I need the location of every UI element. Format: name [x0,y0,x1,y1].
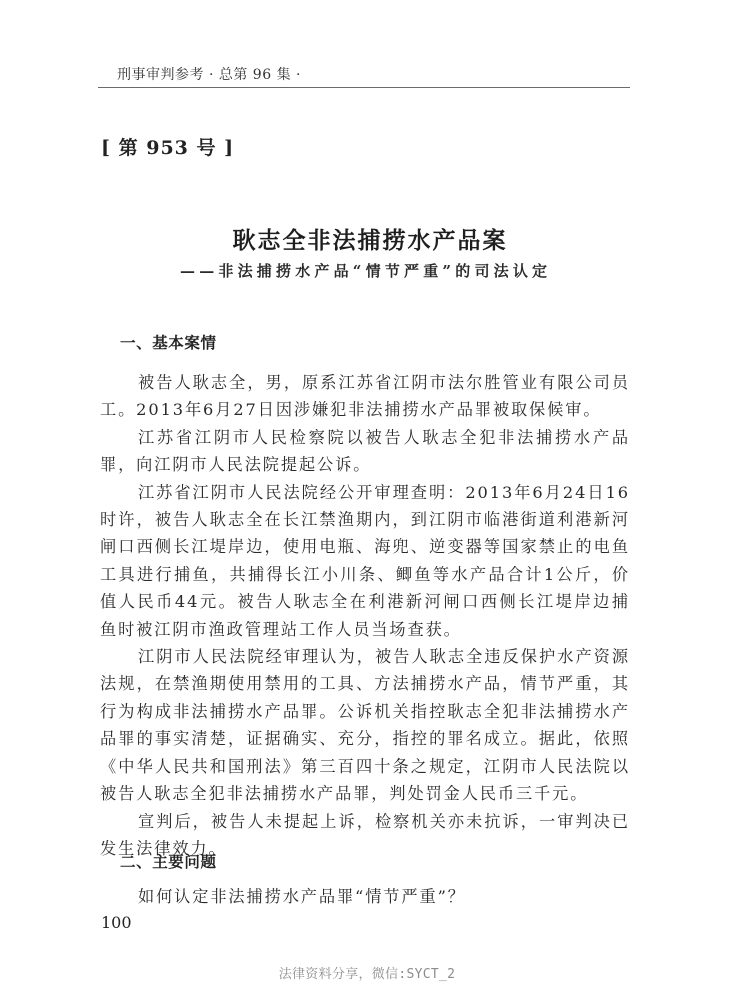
section-heading-basic-facts: 一、基本案情 [120,331,217,353]
watermark: 法律资料分享，微信:SYCT_2 [0,963,734,982]
paragraph: 江阴市人民法院经审理认为，被告人耿志全违反保护水产资源法规，在禁渔期使用禁用的工… [100,643,630,807]
case-number: [ 第 953 号 ] [101,133,234,160]
case-title: 耿志全非法捕捞水产品案 [0,222,734,255]
section-heading-main-issues: 二、主要问题 [120,850,217,872]
paragraph: 被告人耿志全，男，原系江苏省江阴市法尔胜管业有限公司员工。2013年6月27日因… [100,369,630,424]
page-number: 100 [101,913,132,932]
paragraph: 江苏省江阴市人民检察院以被告人耿志全犯非法捕捞水产品罪，向江阴市人民法院提起公诉… [100,424,630,479]
header-divider [98,87,630,88]
case-subtitle: ——非法捕捞水产品“情节严重”的司法认定 [180,260,551,281]
paragraph: 如何认定非法捕捞水产品罪“情节严重”？ [100,883,630,910]
section-body-basic-facts: 被告人耿志全，男，原系江苏省江阴市法尔胜管业有限公司员工。2013年6月27日因… [100,369,630,862]
running-header: 刑事审判参考 · 总第 96 集 · [117,64,301,84]
paragraph: 江苏省江阴市人民法院经公开审理查明：2013年6月24日16时许，被告人耿志全在… [100,479,630,643]
section-body-main-issues: 如何认定非法捕捞水产品罪“情节严重”？ [100,883,630,910]
